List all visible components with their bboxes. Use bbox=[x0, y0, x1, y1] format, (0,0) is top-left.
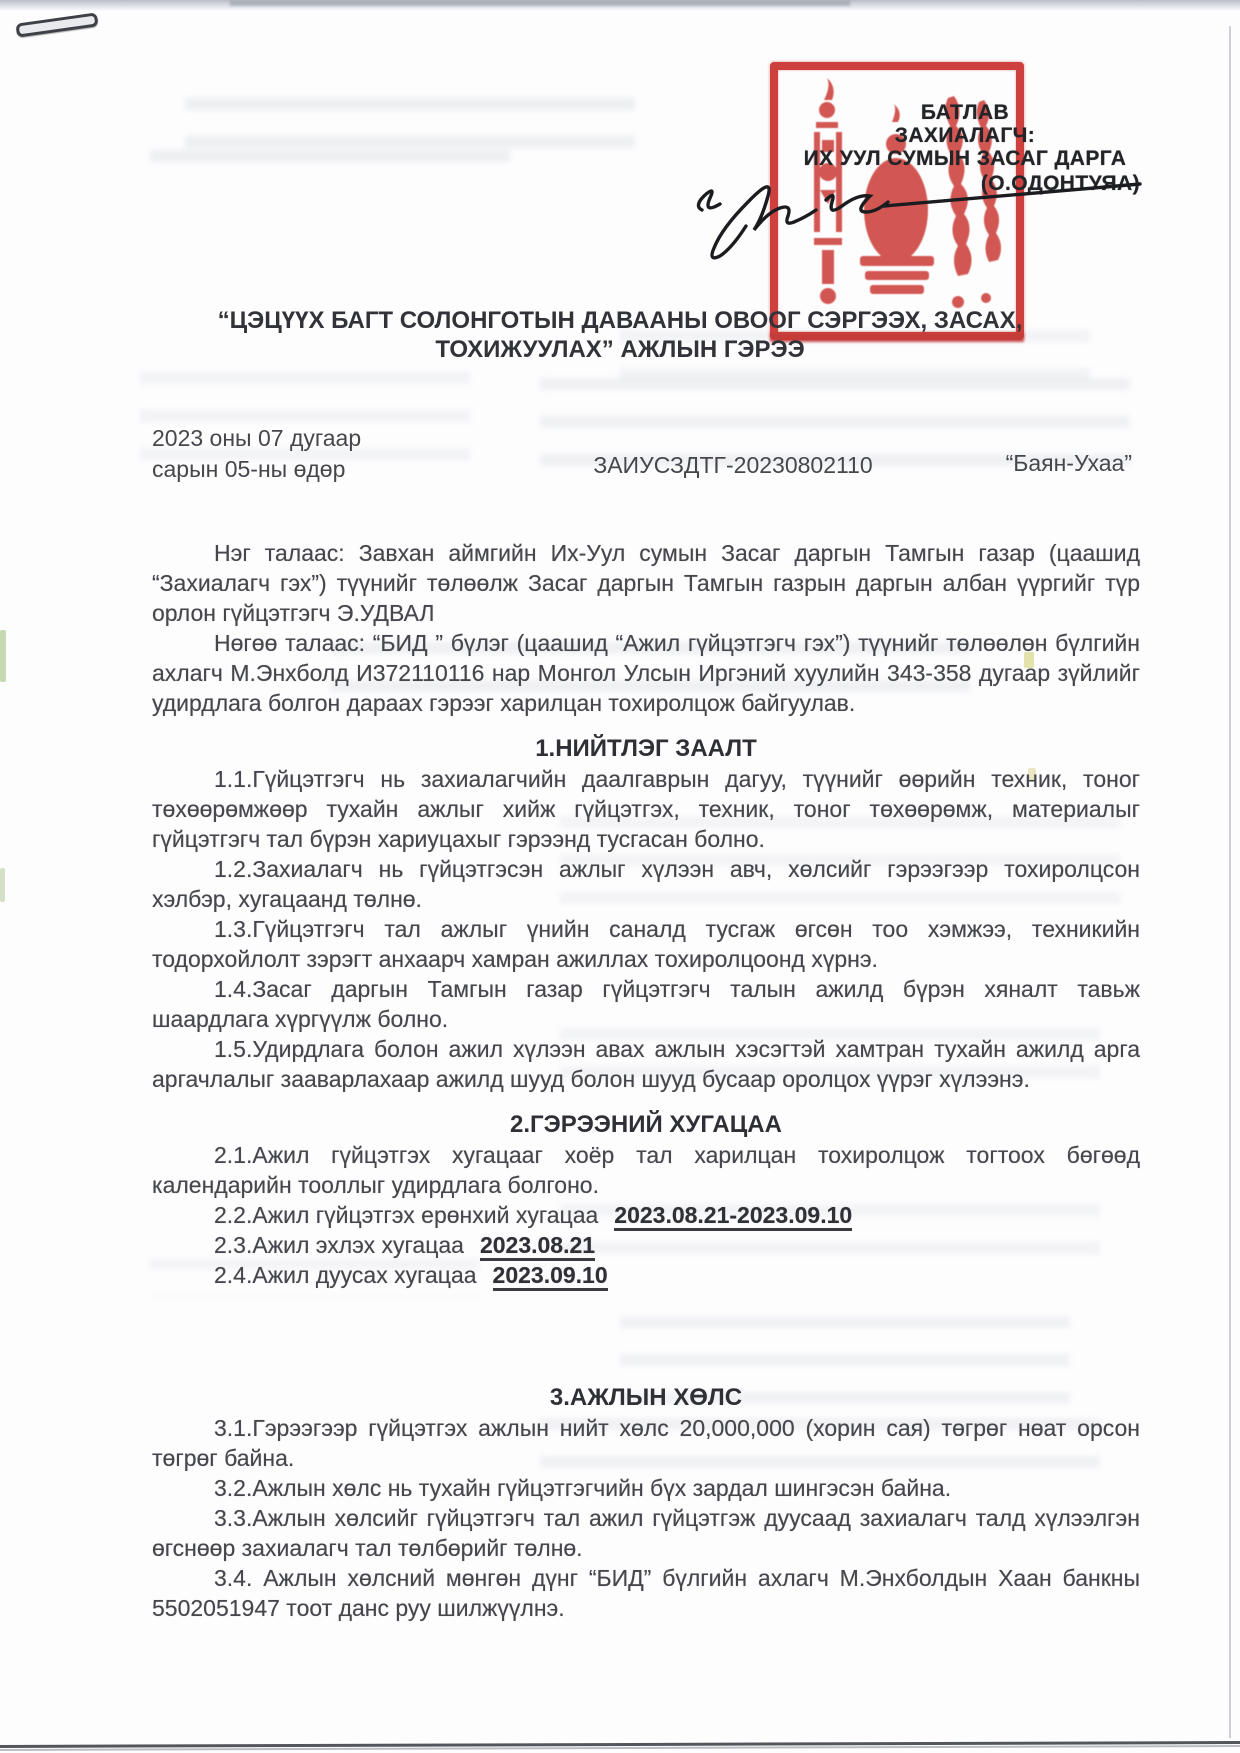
scan-speck bbox=[0, 868, 5, 902]
document-place: “Баян-Ухаа” bbox=[1006, 450, 1132, 477]
clause-2-2: 2.2.Ажил гүйцэтгэх ерөнхий хугацаа2023.0… bbox=[152, 1200, 1140, 1230]
clause-1-3: 1.3.Гүйцэтгэгч тал ажлыг үнийн саналд ту… bbox=[152, 914, 1140, 974]
clause-2-3-label: 2.3.Ажил эхлэх хугацаа bbox=[214, 1232, 464, 1258]
clause-1-4: 1.4.Засаг даргын Тамгын газар гүйцэтгэгч… bbox=[152, 974, 1140, 1034]
clause-2-4-date: 2023.09.10 bbox=[493, 1262, 608, 1291]
page-edge-shadow bbox=[1229, 26, 1231, 1738]
signature-stroke bbox=[688, 148, 1158, 263]
clause-3-2: 3.2.Ажлын хөлс нь тухайн гүйцэтгэгчийн б… bbox=[152, 1473, 1140, 1503]
document-date-line1: 2023 оны 07 дугаар bbox=[152, 423, 361, 454]
bleedthrough-text bbox=[150, 150, 510, 184]
clause-1-5: 1.5.Удирдлага болон ажил хүлээн авах ажл… bbox=[152, 1034, 1140, 1094]
scan-speck bbox=[0, 630, 6, 682]
approval-role: ЗАХИАЛАГЧ: bbox=[735, 124, 1195, 147]
section3-heading: 3.АЖЛЫН ХӨЛС bbox=[152, 1383, 1140, 1413]
clause-3-3: 3.3.Ажлын хөлсийг гүйцэтгэгч тал ажил гү… bbox=[152, 1503, 1140, 1563]
contract-body: Нэг талаас: Завхан аймгийн Их-Уул сумын … bbox=[152, 538, 1140, 1623]
document-title: “ЦЭЦҮҮХ БАГТ СОЛОНГОТЫН ДАВААНЫ ОВООГ СЭ… bbox=[0, 306, 1240, 364]
section1-heading: 1.НИЙТЛЭГ ЗААЛТ bbox=[152, 734, 1140, 764]
clause-2-2-date: 2023.08.21-2023.09.10 bbox=[614, 1202, 852, 1231]
bleedthrough-text bbox=[185, 98, 635, 170]
paperclip-mark bbox=[15, 12, 98, 37]
section2-heading: 2.ГЭРЭЭНИЙ ХУГАЦАА bbox=[152, 1110, 1140, 1140]
clause-2-4-label: 2.4.Ажил дуусах хугацаа bbox=[214, 1262, 477, 1288]
document-title-line1: “ЦЭЦҮҮХ БАГТ СОЛОНГОТЫН ДАВААНЫ ОВООГ СЭ… bbox=[0, 306, 1240, 335]
clause-2-1: 2.1.Ажил гүйцэтгэх хугацааг хоёр тал хар… bbox=[152, 1140, 1140, 1200]
scan-top-edge-shadow bbox=[230, 0, 850, 6]
approval-word: БАТЛАВ bbox=[735, 101, 1195, 124]
clause-1-1: 1.1.Гүйцэтгэгч нь захиалагчийн даалгавры… bbox=[152, 764, 1140, 854]
clause-3-1: 3.1.Гэрээгээр гүйцэтгэх ажлын нийт хөлс … bbox=[152, 1413, 1140, 1473]
clause-1-2: 1.2.Захиалагч нь гүйцэтгэсэн ажлыг хүлээ… bbox=[152, 854, 1140, 914]
document-number: ЗАИУСЗДТГ-20230802110 bbox=[553, 452, 913, 479]
intro-paragraph-1: Нэг талаас: Завхан аймгийн Их-Уул сумын … bbox=[152, 538, 1140, 628]
clause-2-4: 2.4.Ажил дуусах хугацаа2023.09.10 bbox=[152, 1260, 1140, 1290]
clause-3-4: 3.4. Ажлын хөлсний мөнгөн дүнг “БИД” бүл… bbox=[152, 1563, 1140, 1623]
document-title-line2: ТОХИЖУУЛАХ” АЖЛЫН ГЭРЭЭ bbox=[0, 335, 1240, 364]
clause-2-3-date: 2023.08.21 bbox=[480, 1232, 595, 1261]
document-date: 2023 оны 07 дугаар сарын 05-ны өдөр bbox=[152, 423, 361, 485]
intro-paragraph-2: Нөгөө талаас: “БИД ” бүлэг (цаашид “Ажил… bbox=[152, 628, 1140, 718]
clause-2-2-label: 2.2.Ажил гүйцэтгэх ерөнхий хугацаа bbox=[214, 1202, 598, 1228]
scanned-contract-page: БАТЛАВ ЗАХИАЛАГЧ: ИХ УУЛ СУМЫН ЗАСАГ ДАР… bbox=[0, 0, 1240, 1753]
document-date-line2: сарын 05-ны өдөр bbox=[152, 454, 361, 485]
clause-2-3: 2.3.Ажил эхлэх хугацаа2023.08.21 bbox=[152, 1230, 1140, 1260]
